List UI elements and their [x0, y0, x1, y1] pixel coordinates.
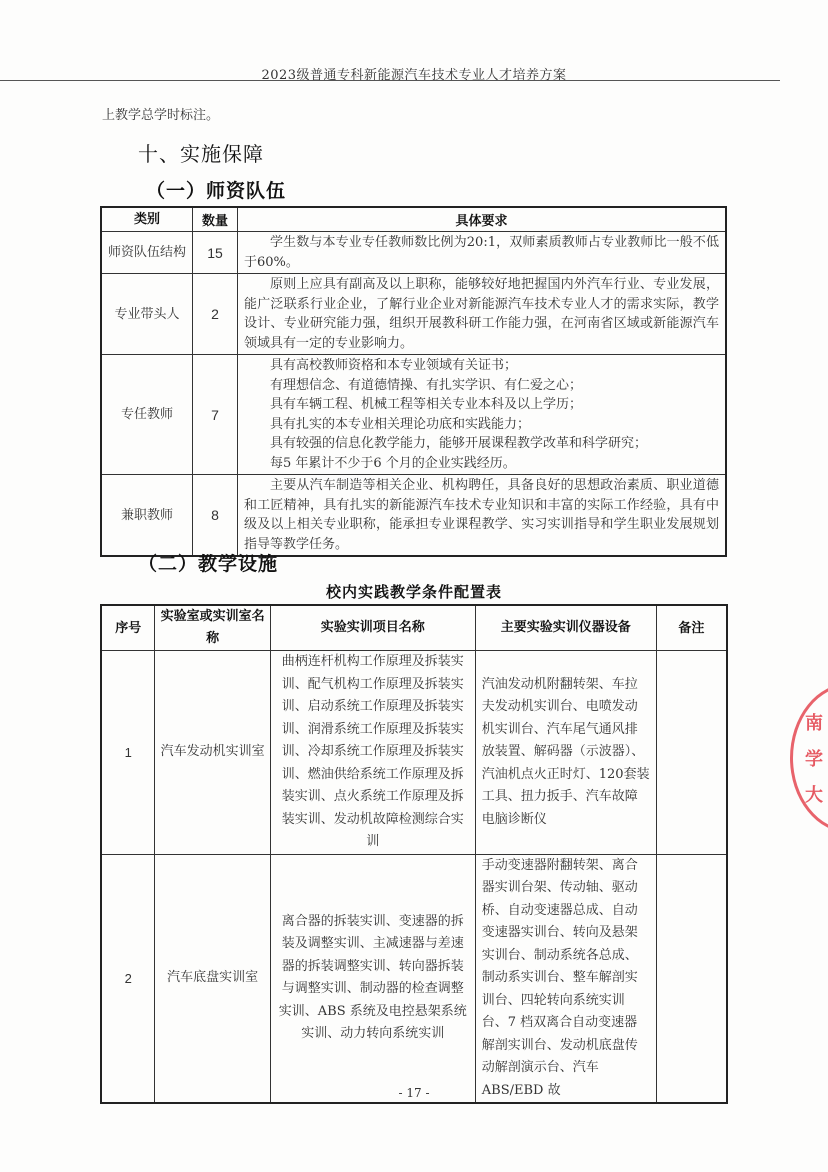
category-cell: 专任教师	[101, 355, 193, 475]
seq-cell: 1	[101, 651, 155, 855]
facilities-table: 序号 实验室或实训室名称 实验实训项目名称 主要实验实训仪器设备 备注 1 汽车…	[100, 604, 728, 1104]
projects-cell: 曲柄连杆机构工作原理及拆装实训、配气机构工作原理及拆装实训、启动系统工作原理及拆…	[270, 651, 475, 855]
requirements-cell: 具有高校教师资格和本专业领域有关证书； 有理想信念、有道德情操、有扎实学识、有仁…	[238, 355, 727, 475]
requirement-item: 有理想信念、有道德情操、有扎实学识、有仁爱之心；	[244, 376, 719, 396]
count-cell: 8	[193, 475, 238, 557]
note-cell	[656, 854, 727, 1103]
seq-cell: 2	[101, 854, 155, 1103]
category-cell: 师资队伍结构	[101, 232, 193, 274]
table-row: 专业带头人 2 原则上应具有副高及以上职称，能够较好地把握国内外汽车行业、专业发…	[101, 274, 726, 355]
official-seal-stamp: 南 学 大	[790, 683, 828, 833]
count-cell: 7	[193, 355, 238, 475]
column-header: 序号	[101, 605, 155, 651]
room-cell: 汽车底盘实训室	[155, 854, 270, 1103]
column-header: 备注	[656, 605, 727, 651]
requirement-item: 具有扎实的本专业相关理论功底和实践能力；	[244, 415, 719, 435]
equipment-cell: 汽油发动机附翻转架、车拉夫发动机实训台、电喷发动机实训台、汽车尾气通风排放装置、…	[475, 651, 656, 855]
table-row: 兼职教师 8 主要从汽车制造等相关企业、机构聘任，具备良好的思想政治素质、职业道…	[101, 475, 726, 557]
table-header-row: 类别 数量 具体要求	[101, 207, 726, 232]
column-header: 类别	[101, 207, 193, 232]
requirements-cell: 学生数与本专业专任教师数比例为20:1，双师素质教师占专业教师比一般不低于60%…	[238, 232, 727, 274]
requirement-item: 具有较强的信息化教学能力，能够开展课程教学改革和科学研究；	[244, 434, 719, 454]
table-header-row: 序号 实验室或实训室名称 实验实训项目名称 主要实验实训仪器设备 备注	[101, 605, 727, 651]
column-header: 实验室或实训室名称	[155, 605, 270, 651]
subsection-heading-faculty: （一）师资队伍	[146, 176, 286, 203]
requirements-cell: 原则上应具有副高及以上职称，能够较好地把握国内外汽车行业、专业发展，能广泛联系行…	[238, 274, 727, 355]
header-divider	[0, 80, 780, 81]
column-header: 主要实验实训仪器设备	[475, 605, 656, 651]
stamp-char: 大	[805, 778, 828, 814]
column-header: 数量	[193, 207, 238, 232]
page-number: - 17 -	[0, 1086, 828, 1100]
equipment-cell: 手动变速器附翻转架、离合器实训台架、传动轴、驱动桥、自动变速器总成、自动变速器实…	[475, 854, 656, 1103]
table-row: 专任教师 7 具有高校教师资格和本专业领域有关证书； 有理想信念、有道德情操、有…	[101, 355, 726, 475]
stamp-char: 南	[805, 706, 828, 742]
table-row: 2 汽车底盘实训室 离合器的拆装实训、变速器的拆装及调整实训、主减速器与差速器的…	[101, 854, 727, 1103]
section-heading: 十、实施保障	[138, 138, 264, 167]
table-row: 1 汽车发动机实训室 曲柄连杆机构工作原理及拆装实训、配气机构工作原理及拆装实训…	[101, 651, 727, 855]
count-cell: 15	[193, 232, 238, 274]
category-cell: 专业带头人	[101, 274, 193, 355]
faculty-table: 类别 数量 具体要求 师资队伍结构 15 学生数与本专业专任教师数比例为20:1…	[100, 206, 727, 557]
room-cell: 汽车发动机实训室	[155, 651, 270, 855]
stamp-char: 学	[805, 742, 828, 778]
column-header: 具体要求	[238, 207, 727, 232]
count-cell: 2	[193, 274, 238, 355]
continuation-text: 上教学总学时标注。	[102, 104, 219, 123]
category-cell: 兼职教师	[101, 475, 193, 557]
table-row: 师资队伍结构 15 学生数与本专业专任教师数比例为20:1，双师素质教师占专业教…	[101, 232, 726, 274]
requirement-item: 每5 年累计不少于6 个月的企业实践经历。	[244, 454, 719, 474]
requirement-item: 具有车辆工程、机械工程等相关专业本科及以上学历；	[244, 395, 719, 415]
note-cell	[656, 651, 727, 855]
requirements-cell: 主要从汽车制造等相关企业、机构聘任，具备良好的思想政治素质、职业道德和工匠精神，…	[238, 475, 727, 557]
subsection-heading-facilities: （二）教学设施	[138, 549, 278, 576]
projects-cell: 离合器的拆装实训、变速器的拆装及调整实训、主减速器与差速器的拆装调整实训、转向器…	[270, 854, 475, 1103]
column-header: 实验实训项目名称	[270, 605, 475, 651]
requirement-item: 具有高校教师资格和本专业领域有关证书；	[244, 356, 719, 376]
table-caption: 校内实践教学条件配置表	[0, 581, 828, 602]
